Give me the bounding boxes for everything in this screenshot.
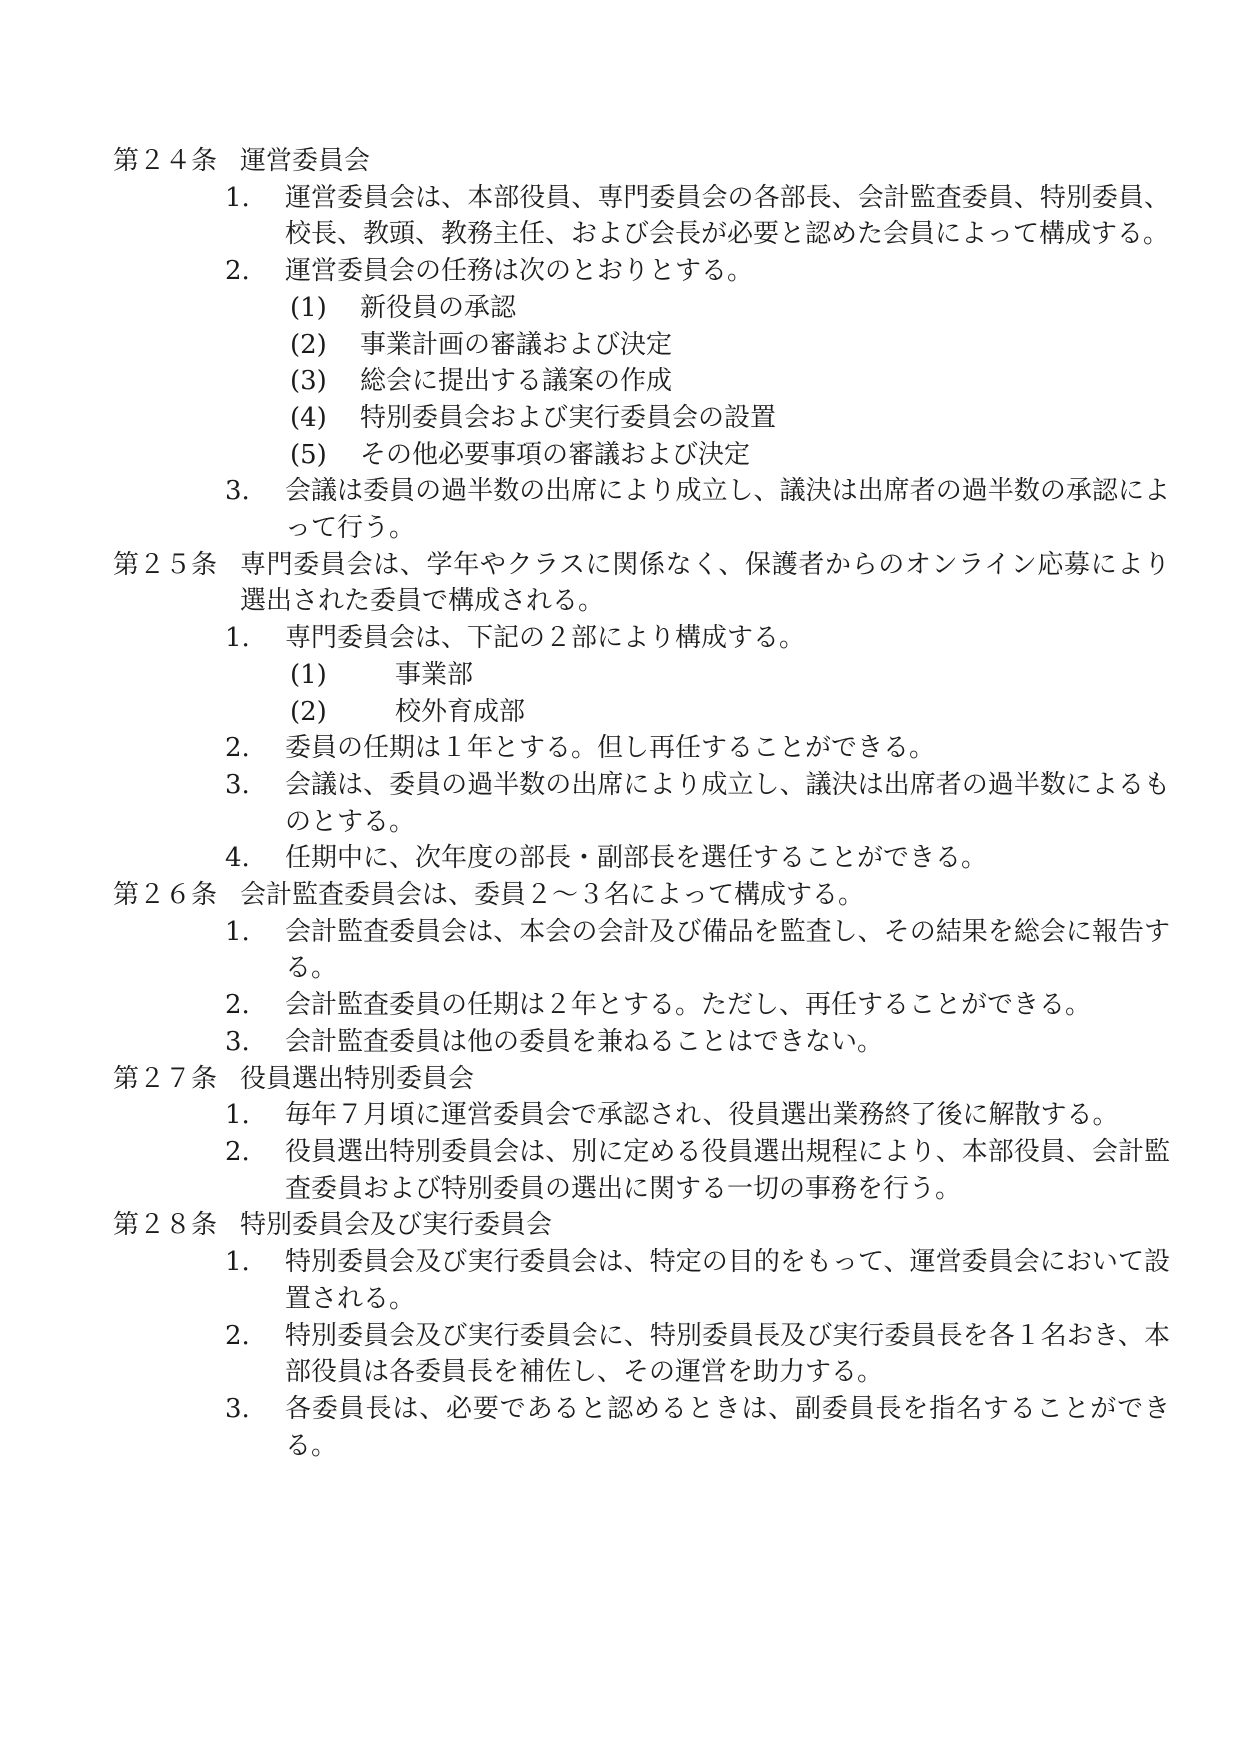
list-item-text: 専門委員会は、下記の２部により構成する。 xyxy=(285,620,1170,657)
sub-list-item: (5) その他必要事項の審議および決定 xyxy=(290,437,1170,474)
article-27-body: 役員選出特別委員会 1. 毎年７月頃に運営委員会で承認され、役員選出業務終了後に… xyxy=(240,1061,1170,1208)
article-28-body: 特別委員会及び実行委員会 1. 特別委員会及び実行委員会は、特定の目的をもって、… xyxy=(240,1207,1170,1464)
list-item-number: 2. xyxy=(225,730,285,767)
article-26-body: 会計監査委員会は、委員２～３名によって構成する。 1. 会計監査委員会は、本会の… xyxy=(240,877,1170,1061)
list-item-number: 2. xyxy=(225,1134,285,1207)
article-27-title: 役員選出特別委員会 xyxy=(240,1061,1170,1098)
list-item-number: 1. xyxy=(225,1097,285,1134)
list-item: 3. 会計監査委員は他の委員を兼ねることはできない。 xyxy=(225,1024,1170,1061)
article-26-title: 会計監査委員会は、委員２～３名によって構成する。 xyxy=(240,877,1170,914)
list-item-number: 4. xyxy=(225,840,285,877)
sub-item-number: (1) xyxy=(290,290,360,327)
list-item: 1. 特別委員会及び実行委員会は、特定の目的をもって、運営委員会において設置され… xyxy=(225,1244,1170,1317)
article-25: 第２５条 専門委員会は、学年やクラスに関係なく、保護者からのオンライン応募により… xyxy=(113,547,1170,877)
list-item-text: 会計監査委員は他の委員を兼ねることはできない。 xyxy=(285,1024,1170,1061)
list-item-number: 2. xyxy=(225,987,285,1024)
list-item-text: 特別委員会及び実行委員会に、特別委員長及び実行委員長を各１名おき、本部役員は各委… xyxy=(285,1318,1170,1391)
list-item-number: 3. xyxy=(225,1024,285,1061)
article-25-title: 専門委員会は、学年やクラスに関係なく、保護者からのオンライン応募により選出された… xyxy=(240,547,1170,620)
list-item-text: 毎年７月頃に運営委員会で承認され、役員選出業務終了後に解散する。 xyxy=(285,1097,1170,1134)
sub-item-number: (2) xyxy=(290,327,360,364)
sub-item-text: 事業部 xyxy=(395,657,1170,694)
list-item-text: 会計監査委員の任期は２年とする。ただし、再任することができる。 xyxy=(285,987,1170,1024)
article-27: 第２７条 役員選出特別委員会 1. 毎年７月頃に運営委員会で承認され、役員選出業… xyxy=(113,1061,1170,1208)
list-item-text: 各委員長は、必要であると認めるときは、副委員長を指名することができる。 xyxy=(285,1391,1170,1464)
list-item: 2. 運営委員会の任務は次のとおりとする。 xyxy=(225,253,1170,290)
article-24-body: 運営委員会 1. 運営委員会は、本部役員、専門委員会の各部長、会計監査委員、特別… xyxy=(240,143,1170,547)
sub-item-text: 校外育成部 xyxy=(395,694,1170,731)
list-item: 1. 運営委員会は、本部役員、専門委員会の各部長、会計監査委員、特別委員、校長、… xyxy=(225,180,1170,253)
list-item-text: 任期中に、次年度の部長・副部長を選任することができる。 xyxy=(285,840,1170,877)
list-item: 1. 会計監査委員会は、本会の会計及び備品を監査し、その結果を総会に報告する。 xyxy=(225,914,1170,987)
article-25-body: 専門委員会は、学年やクラスに関係なく、保護者からのオンライン応募により選出された… xyxy=(240,547,1170,877)
article-26: 第２６条 会計監査委員会は、委員２～３名によって構成する。 1. 会計監査委員会… xyxy=(113,877,1170,1061)
list-item-text: 会議は、委員の過半数の出席により成立し、議決は出席者の過半数によるものとする。 xyxy=(285,767,1170,840)
list-item-text: 委員の任期は１年とする。但し再任することができる。 xyxy=(285,730,1170,767)
list-item: 1. 専門委員会は、下記の２部により構成する。 xyxy=(225,620,1170,657)
sub-list-item: (4) 特別委員会および実行委員会の設置 xyxy=(290,400,1170,437)
article-24-title: 運営委員会 xyxy=(240,143,1170,180)
article-28-number: 第２８条 xyxy=(113,1207,240,1244)
list-item-text: 役員選出特別委員会は、別に定める役員選出規程により、本部役員、会計監査委員および… xyxy=(285,1134,1170,1207)
article-24: 第２４条 運営委員会 1. 運営委員会は、本部役員、専門委員会の各部長、会計監査… xyxy=(113,143,1170,547)
list-item-text: 運営委員会の任務は次のとおりとする。 xyxy=(285,253,1170,290)
list-item-number: 2. xyxy=(225,1318,285,1391)
list-item-number: 3. xyxy=(225,767,285,840)
list-item-text: 会議は委員の過半数の出席により成立し、議決は出席者の過半数の承認によって行う。 xyxy=(285,473,1170,546)
article-25-number: 第２５条 xyxy=(113,547,240,584)
sub-list-item: (3) 総会に提出する議案の作成 xyxy=(290,363,1170,400)
list-item-number: 1. xyxy=(225,914,285,987)
article-26-number: 第２６条 xyxy=(113,877,240,914)
sub-item-text: 新役員の承認 xyxy=(360,290,1170,327)
list-item: 2. 委員の任期は１年とする。但し再任することができる。 xyxy=(225,730,1170,767)
list-item: 4. 任期中に、次年度の部長・副部長を選任することができる。 xyxy=(225,840,1170,877)
list-item: 1. 毎年７月頃に運営委員会で承認され、役員選出業務終了後に解散する。 xyxy=(225,1097,1170,1134)
sub-list-item: (1) 新役員の承認 xyxy=(290,290,1170,327)
list-item-text: 特別委員会及び実行委員会は、特定の目的をもって、運営委員会において設置される。 xyxy=(285,1244,1170,1317)
sub-item-number: (3) xyxy=(290,363,360,400)
list-item-text: 会計監査委員会は、本会の会計及び備品を監査し、その結果を総会に報告する。 xyxy=(285,914,1170,987)
list-item: 2. 会計監査委員の任期は２年とする。ただし、再任することができる。 xyxy=(225,987,1170,1024)
list-item: 3. 会議は、委員の過半数の出席により成立し、議決は出席者の過半数によるものとす… xyxy=(225,767,1170,840)
article-28-title: 特別委員会及び実行委員会 xyxy=(240,1207,1170,1244)
sub-item-number: (4) xyxy=(290,400,360,437)
document-page: 第２４条 運営委員会 1. 運営委員会は、本部役員、専門委員会の各部長、会計監査… xyxy=(0,0,1241,1755)
sub-list-item: (2) 事業計画の審議および決定 xyxy=(290,327,1170,364)
sub-list-item: (2) 校外育成部 xyxy=(290,694,1170,731)
sub-item-text: その他必要事項の審議および決定 xyxy=(360,437,1170,474)
article-27-number: 第２７条 xyxy=(113,1061,240,1098)
list-item-number: 1. xyxy=(225,620,285,657)
list-item: 2. 特別委員会及び実行委員会に、特別委員長及び実行委員長を各１名おき、本部役員… xyxy=(225,1318,1170,1391)
sub-item-text: 総会に提出する議案の作成 xyxy=(360,363,1170,400)
list-item: 2. 役員選出特別委員会は、別に定める役員選出規程により、本部役員、会計監査委員… xyxy=(225,1134,1170,1207)
list-item-number: 1. xyxy=(225,1244,285,1317)
list-item-text: 運営委員会は、本部役員、専門委員会の各部長、会計監査委員、特別委員、校長、教頭、… xyxy=(285,180,1170,253)
sub-list-item: (1) 事業部 xyxy=(290,657,1170,694)
list-item-number: 3. xyxy=(225,473,285,546)
article-28: 第２８条 特別委員会及び実行委員会 1. 特別委員会及び実行委員会は、特定の目的… xyxy=(113,1207,1170,1464)
list-item-number: 3. xyxy=(225,1391,285,1464)
sub-item-number: (5) xyxy=(290,437,360,474)
sub-item-text: 特別委員会および実行委員会の設置 xyxy=(360,400,1170,437)
list-item-number: 1. xyxy=(225,180,285,253)
article-24-number: 第２４条 xyxy=(113,143,240,180)
sub-item-text: 事業計画の審議および決定 xyxy=(360,327,1170,364)
sub-item-number: (2) xyxy=(290,694,395,731)
sub-item-number: (1) xyxy=(290,657,395,694)
list-item: 3. 会議は委員の過半数の出席により成立し、議決は出席者の過半数の承認によって行… xyxy=(225,473,1170,546)
document-content: 第２４条 運営委員会 1. 運営委員会は、本部役員、専門委員会の各部長、会計監査… xyxy=(113,143,1170,1464)
list-item-number: 2. xyxy=(225,253,285,290)
list-item: 3. 各委員長は、必要であると認めるときは、副委員長を指名することができる。 xyxy=(225,1391,1170,1464)
